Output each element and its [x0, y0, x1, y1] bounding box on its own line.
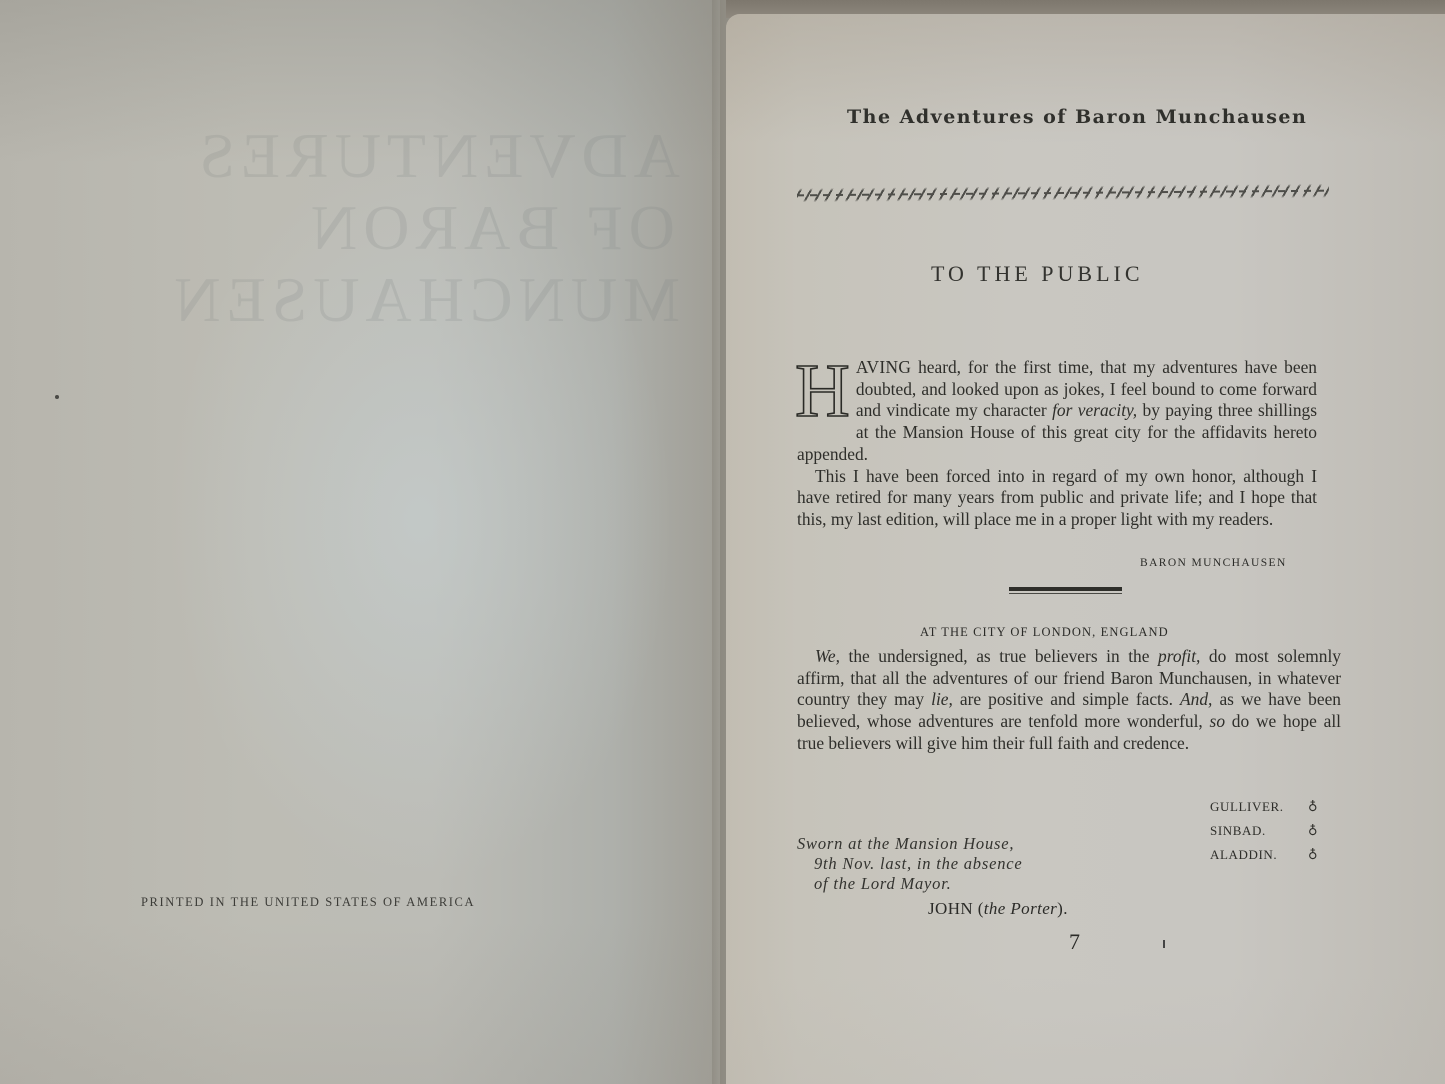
affidavit-seg-5: are positive and simple facts.: [953, 689, 1180, 709]
printed-in-imprint: PRINTED IN THE UNITED STATES OF AMERICA: [141, 895, 475, 910]
sworn-statement: Sworn at the Mansion House, 9th Nov. las…: [797, 834, 1067, 894]
seal-icon: ♁: [1308, 843, 1318, 867]
affidavit-seg-1: the undersigned, as true believers in th…: [840, 646, 1158, 666]
witness-gulliver: GULLIVER. ♁: [1210, 795, 1330, 819]
double-rule-divider: [1009, 587, 1122, 591]
pen-mark: [1163, 940, 1165, 948]
witness-aladdin: ALADDIN. ♁: [1210, 843, 1330, 867]
section-title: TO THE PUBLIC: [931, 261, 1144, 287]
sworn-line-2: 9th Nov. last, in the absence: [797, 854, 1067, 874]
left-page: ADVENTURES OF BARON MUNCHAUSEN PRINTED I…: [0, 0, 720, 1084]
preface-paragraph-1: HAVING heard, for the first time, that m…: [797, 357, 1317, 466]
paper-speck: [55, 395, 59, 399]
witness-list: GULLIVER. ♁ SINBAD. ♁ ALADDIN. ♁: [1210, 795, 1330, 867]
seal-icon: ♁: [1308, 819, 1318, 843]
witness-name: ALADDIN.: [1210, 847, 1277, 862]
lead-caps: AVING: [856, 357, 911, 377]
affidavit-seg-6: And,: [1180, 689, 1212, 709]
porter-signature: JOHN (the Porter).: [928, 899, 1068, 919]
affidavit-seg-4: lie,: [931, 689, 953, 709]
affidavit-text: We, the undersigned, as true believers i…: [797, 646, 1341, 755]
right-page: [726, 14, 1445, 1084]
preface-p1-italic: for veracity,: [1052, 400, 1137, 420]
porter-name: JOHN (: [928, 899, 984, 918]
affidavit-seg-2: profit,: [1158, 646, 1200, 666]
baron-signature: BARON MUNCHAUSEN: [1140, 557, 1287, 569]
sworn-line-3: of the Lord Mayor.: [797, 874, 1067, 894]
affidavit-seg-0: We,: [815, 646, 840, 666]
porter-end: ).: [1057, 899, 1068, 918]
show-through-text: ADVENTURES OF BARON MUNCHAUSEN: [300, 120, 680, 336]
running-head: The Adventures of Baron Munchausen: [847, 106, 1307, 128]
preface-text: HAVING heard, for the first time, that m…: [797, 357, 1317, 531]
affidavit-seg-8: so: [1210, 711, 1225, 731]
witness-name: GULLIVER.: [1210, 799, 1284, 814]
porter-role: the Porter: [984, 899, 1057, 918]
sworn-line-1: Sworn at the Mansion House,: [797, 834, 1067, 854]
affidavit-paragraph: We, the undersigned, as true believers i…: [797, 646, 1341, 755]
affidavit-place-heading: AT THE CITY OF LONDON, ENGLAND: [920, 625, 1169, 640]
seal-icon: ♁: [1308, 795, 1318, 819]
preface-paragraph-2: This I have been forced into in regard o…: [797, 466, 1317, 531]
page-number: 7: [1069, 929, 1080, 955]
witness-sinbad: SINBAD. ♁: [1210, 819, 1330, 843]
witness-name: SINBAD.: [1210, 823, 1266, 838]
drop-cap: H: [795, 360, 850, 424]
open-book-spread: ADVENTURES OF BARON MUNCHAUSEN PRINTED I…: [0, 0, 1445, 1084]
